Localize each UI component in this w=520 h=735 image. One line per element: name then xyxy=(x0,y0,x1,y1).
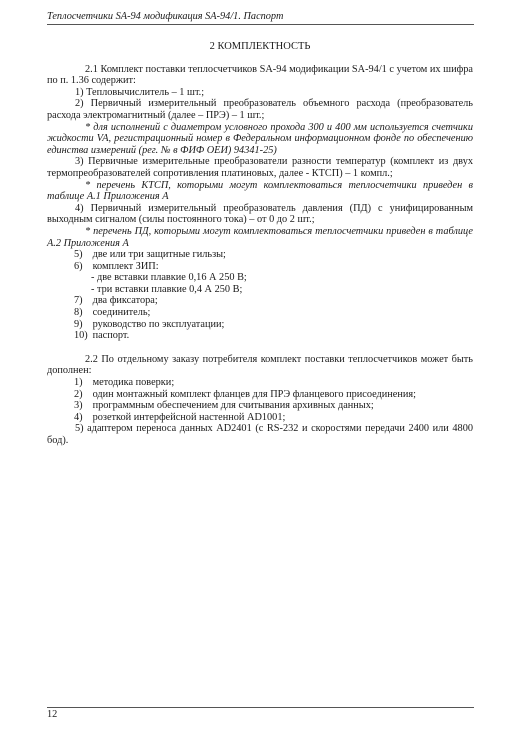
list-number: 3) xyxy=(74,400,90,412)
list-text: методика поверки; xyxy=(93,377,175,388)
list-item: 1) Тепловычислитель – 1 шт.; xyxy=(47,87,473,99)
list-text: руководство по эксплуатации; xyxy=(93,319,225,330)
list-number: 2) xyxy=(74,389,90,401)
list-item: 5) адаптером переноса данных AD2401 (с R… xyxy=(47,423,473,446)
list-text: розеткой интерфейсной настенной AD1001; xyxy=(93,412,286,423)
section-title: 2 КОМПЛЕКТНОСТЬ xyxy=(47,41,473,53)
list-item: 5) две или три защитные гильзы; xyxy=(47,249,473,261)
footnote: * перечень КТСП, которыми могут комплект… xyxy=(47,180,473,203)
sub-list-item: - три вставки плавкие 0,4 А 250 В; xyxy=(47,284,473,296)
list-number: 7) xyxy=(74,295,90,307)
document-page: Теплосчетчики SA-94 модификация SA-94/1.… xyxy=(0,0,520,735)
paragraph-2-1-intro: 2.1 Комплект поставки теплосчетчиков SA-… xyxy=(47,64,473,87)
sub-list-item: - две вставки плавкие 0,16 А 250 В; xyxy=(47,272,473,284)
list-text: две или три защитные гильзы; xyxy=(93,249,226,260)
list-item: 8) соединитель; xyxy=(47,307,473,319)
list-text: паспорт. xyxy=(93,330,130,341)
paragraph-2-2-intro: 2.2 По отдельному заказу потребителя ком… xyxy=(47,354,473,377)
page-content: 2 КОМПЛЕКТНОСТЬ 2.1 Комплект поставки те… xyxy=(47,41,473,447)
list-item: 4) Первичный измерительный преобразовате… xyxy=(47,203,473,226)
list-number: 5) xyxy=(74,249,90,261)
list-text: соединитель; xyxy=(93,307,151,318)
list-number: 4) xyxy=(74,412,90,424)
page-footer: 12 xyxy=(47,707,474,721)
list-item: 9) руководство по эксплуатации; xyxy=(47,319,473,331)
list-number: 10) xyxy=(74,330,90,342)
list-number: 8) xyxy=(74,307,90,319)
list-item: 6) комплект ЗИП: xyxy=(47,261,473,273)
list-text: программным обеспечением для считывания … xyxy=(93,400,374,411)
list-item: 1) методика поверки; xyxy=(47,377,473,389)
spacer xyxy=(47,342,473,354)
list-text: один монтажный комплект фланцев для ПРЭ … xyxy=(93,389,416,400)
footnote: * перечень ПД, которыми могут комплектов… xyxy=(47,226,473,249)
list-item: 3) Первичные измерительные преобразовате… xyxy=(47,156,473,179)
list-text: два фиксатора; xyxy=(93,295,158,306)
list-item: 4) розеткой интерфейсной настенной AD100… xyxy=(47,412,473,424)
footnote: * для исполнений с диаметром условного п… xyxy=(47,122,473,157)
list-number: 1) xyxy=(74,377,90,389)
list-item: 10) паспорт. xyxy=(47,330,473,342)
list-number: 9) xyxy=(74,319,90,331)
list-text: комплект ЗИП: xyxy=(93,261,159,272)
list-item: 3) программным обеспечением для считыван… xyxy=(47,400,473,412)
running-header: Теплосчетчики SA-94 модификация SA-94/1.… xyxy=(47,11,474,25)
list-number: 6) xyxy=(74,261,90,273)
list-item: 2) Первичный измерительный преобразовате… xyxy=(47,98,473,121)
page-number: 12 xyxy=(47,709,57,720)
list-item: 7) два фиксатора; xyxy=(47,295,473,307)
list-item: 2) один монтажный комплект фланцев для П… xyxy=(47,389,473,401)
